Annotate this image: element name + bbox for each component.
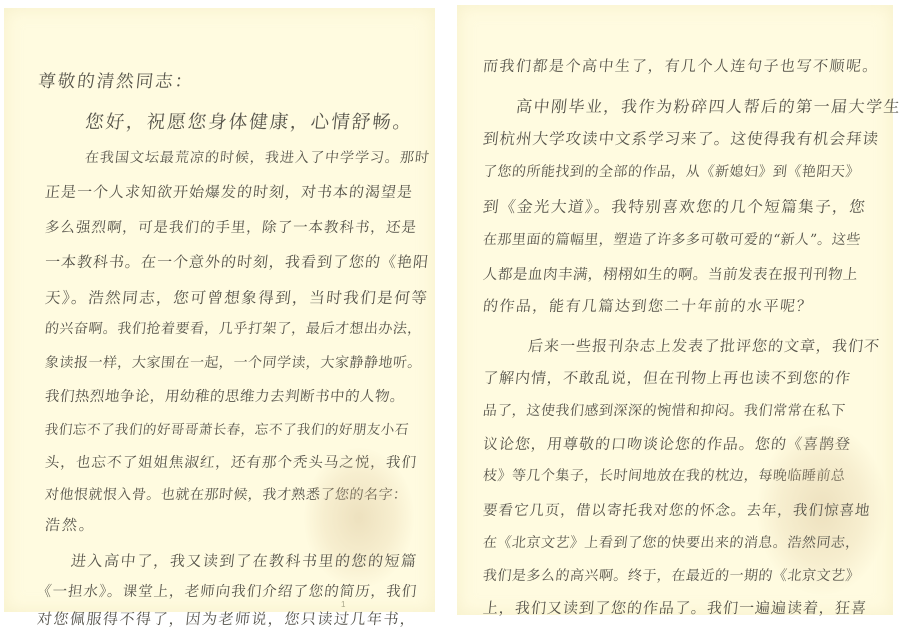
letter-line: 正是一个人求知欲开始爆发的时刻，对书本的渴望是 — [44, 181, 414, 202]
letter-line: 天》。浩然同志，您可曾想象得到，当时我们是何等 — [44, 286, 430, 308]
page-number: 1 — [794, 605, 798, 614]
letter-line: 我们热烈地争论，用幼稚的思维力去判断书中的人物。 — [44, 385, 406, 406]
letter-line: 到杭州大学攻读中文系学习来了。这使得我有机会拜读 — [482, 127, 880, 149]
letter-line: 在我国文坛最荒凉的时候，我进入了中学学习。那时 — [84, 147, 431, 167]
letter-line: 浩然。 — [44, 514, 97, 535]
letter-line: 品了，这使我们感到深深的惋惜和抑闷。我们常常在私下 — [482, 400, 847, 420]
letter-line: 到《金光大道》。我特别喜欢您的几个短篇集子，您 — [482, 195, 868, 217]
letter-line: 人都是血肉丰满，栩栩如生的啊。当前发表在报刊刊物上 — [482, 263, 859, 284]
letter-line: 在《北京文艺》上看到了您的快要出来的消息。浩然同志， — [482, 532, 861, 552]
letter-salutation: 尊敬的清然同志： — [37, 68, 196, 93]
letter-line: 要看它几页，借以寄托我对您的怀念。去年，我们惊喜地 — [482, 499, 872, 520]
letter-page-left: 尊敬的清然同志： 您好，祝愿您身体健康，心情舒畅。 在我国文坛最荒凉的时候，我进… — [4, 8, 435, 612]
letter-line: 上，我们又读到了您的作品了。我们一遍遍读着，狂喜 — [482, 597, 868, 618]
letter-line: 对您佩服得不得了，因为老师说，您只读过几年书， — [36, 608, 418, 627]
letter-line: 我们忘不了我们的好哥哥萧长春，忘不了我们的好朋友小石 — [44, 418, 410, 438]
letter-line: 后来一些报刊杂志上发表了批评您的文章，我们不 — [527, 335, 881, 356]
letter-line: 我们是多么的高兴啊。终于，在最近的一期的《北京文艺》 — [482, 565, 861, 585]
letter-page-right: 而我们都是个高中生了，有几个人连句子也写不顺呢。 高中刚毕业，我作为粉碎四人帮后… — [457, 5, 893, 615]
letter-line: 《一担水》。课堂上，老师向我们介绍了您的简历，我们 — [36, 580, 418, 601]
letter-greeting: 您好，祝愿您身体健康，心情舒畅。 — [84, 108, 415, 134]
letter-line: 高中刚毕业，我作为粉碎四人帮后的第一届大学生 — [515, 94, 899, 117]
letter-line: 而我们都是个高中生了，有几个人连句子也写不顺呢。 — [482, 55, 880, 76]
letter-line: 了您的所能找到的全部的作品，从《新媳妇》到《艳阳天》 — [482, 161, 861, 181]
letter-line: 的作品，能有几篇达到您二十年前的水平呢？ — [482, 295, 814, 316]
letter-line: 了解内情，不敢乱说，但在刊物上再也读不到您的作 — [482, 367, 852, 388]
letter-line: 多么强烈啊，可是我们的手里，除了一本教科书，还是 — [44, 216, 418, 237]
letter-line: 在那里面的篇幅里，塑造了许多多可敬可爱的“新人”。这些 — [482, 229, 862, 249]
letter-line: 一本教科书。在一个意外的时刻，我看到了您的《艳阳 — [44, 251, 430, 272]
letter-line: 进入高中了，我又读到了在教科书里的您的短篇 — [70, 550, 419, 571]
letter-line: 的兴奋啊。我们抢着要看，几乎打架了，最后才想出办法， — [44, 318, 423, 338]
page-number: 1 — [341, 600, 345, 609]
letter-line: 象读报一样，大家围在一起，一个同学读，大家静静地听。 — [44, 352, 423, 372]
